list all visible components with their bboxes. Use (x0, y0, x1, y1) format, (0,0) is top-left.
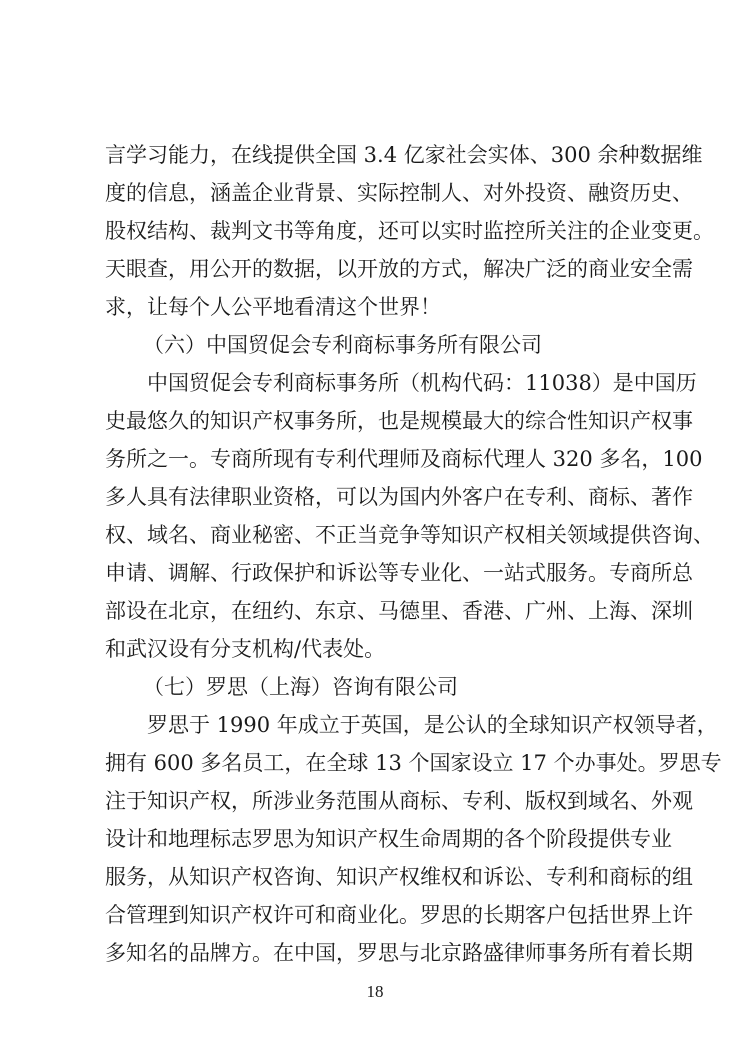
text-line: 注于知识产权，所涉业务范围从商标、专利、版权到域名、外观 (105, 782, 657, 820)
text-line: 权、域名、商业秘密、不正当竞争等知识产权相关领域提供咨询、 (105, 516, 657, 554)
text-line: 设计和地理标志罗思为知识产权生命周期的各个阶段提供专业 (105, 820, 657, 858)
paragraph-rouse: 罗思于 1990 年成立于英国，是公认的全球知识产权领导者， 拥有 600 多名… (105, 706, 657, 972)
text-line: 史最悠久的知识产权事务所，也是规模最大的综合性知识产权事 (105, 402, 657, 440)
paragraph-tianyancha-continued: 言学习能力，在线提供全国 3.4 亿家社会实体、300 余种数据维 度的信息，涵… (105, 136, 657, 326)
text-line: 申请、调解、行政保护和诉讼等专业化、一站式服务。专商所总 (105, 554, 657, 592)
text-line: 务所之一。专商所现有专利代理师及商标代理人 320 多名，100 (105, 440, 657, 478)
page-number: 18 (0, 982, 750, 1002)
text-line: 和武汉设有分支机构/代表处。 (105, 630, 657, 668)
text-line: 合管理到知识产权许可和商业化。罗思的长期客户包括世界上许 (105, 896, 657, 934)
text-line: 天眼查，用公开的数据，以开放的方式，解决广泛的商业安全需 (105, 250, 657, 288)
text-line: 服务，从知识产权咨询、知识产权维权和诉讼、专利和商标的组 (105, 858, 657, 896)
text-line: 度的信息，涵盖企业背景、实际控制人、对外投资、融资历史、 (105, 174, 657, 212)
text-line: 拥有 600 多名员工，在全球 13 个国家设立 17 个办事处。罗思专 (105, 744, 657, 782)
paragraph-ccpit: 中国贸促会专利商标事务所（机构代码：11038）是中国历 史最悠久的知识产权事务… (105, 364, 657, 668)
text-line: 罗思于 1990 年成立于英国，是公认的全球知识产权领导者， (105, 706, 657, 744)
text-line: 求，让每个人公平地看清这个世界！ (105, 288, 657, 326)
text-line: 多知名的品牌方。在中国，罗思与北京路盛律师事务所有着长期 (105, 934, 657, 972)
text-line: 中国贸促会专利商标事务所（机构代码：11038）是中国历 (105, 364, 657, 402)
section-heading-7: （七）罗思（上海）咨询有限公司 (105, 668, 657, 706)
text-line: 股权结构、裁判文书等角度，还可以实时监控所关注的企业变更。 (105, 212, 657, 250)
text-line: 言学习能力，在线提供全国 3.4 亿家社会实体、300 余种数据维 (105, 136, 657, 174)
document-page: 言学习能力，在线提供全国 3.4 亿家社会实体、300 余种数据维 度的信息，涵… (105, 136, 657, 972)
text-line: 部设在北京，在纽约、东京、马德里、香港、广州、上海、深圳 (105, 592, 657, 630)
text-line: 多人具有法律职业资格，可以为国内外客户在专利、商标、著作 (105, 478, 657, 516)
section-heading-6: （六）中国贸促会专利商标事务所有限公司 (105, 326, 657, 364)
